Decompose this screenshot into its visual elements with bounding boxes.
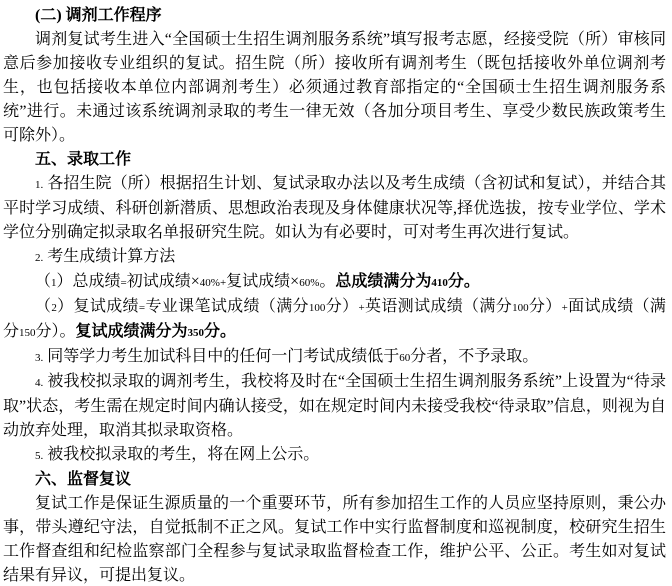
para-supervision-review: 复试工作是保证生源质量的一个重要环节，所有参加招生工作的人员应坚持原则，秉公办事… [3,492,666,586]
formula-total-score-max-bold: 总成绩满分为410分。 [335,273,480,290]
formula-retest-score-max-bold: 复试成绩满分为350分。 [76,323,237,340]
para-formula-retest-score: （2）复试成绩=专业课笔试成绩（满分100分）+英语测试成绩（满分100分）+面… [3,295,666,345]
formula-total-score-text: （1）总成绩=初试成绩×40%+复试成绩×60%。 [35,273,335,290]
para-admission-item-2: 2. 考生成绩计算方法 [3,245,666,270]
para-transfer-procedure: 调剂复试考生进入“全国硕士生招生调剂服务系统”填写报考志愿，经接受院（所）审核同… [3,28,666,148]
para-admission-item-3: 3. 同等学力考生加试科目中的任何一门考试成绩低于60分者，不予录取。 [3,345,666,370]
document-page: (二) 调剂工作程序 调剂复试考生进入“全国硕士生招生调剂服务系统”填写报考志愿… [0,0,672,586]
section-heading-supervision-review: 六、监督复议 [3,468,666,492]
para-admission-item-1: 1. 各招生院（所）根据招生计划、复试录取办法以及考生成绩（含初试和复试），并结… [3,172,666,245]
section-heading-transfer-procedure: (二) 调剂工作程序 [3,4,666,28]
section-heading-admission-work: 五、录取工作 [3,148,666,172]
para-formula-total-score: （1）总成绩=初试成绩×40%+复试成绩×60%。总成绩满分为410分。 [3,270,666,295]
para-admission-item-4: 4. 被我校拟录取的调剂考生，我校将及时在“全国硕士生招生调剂服务系统”上设置为… [3,370,666,443]
para-admission-item-5: 5. 被我校拟录取的考生，将在网上公示。 [3,443,666,468]
